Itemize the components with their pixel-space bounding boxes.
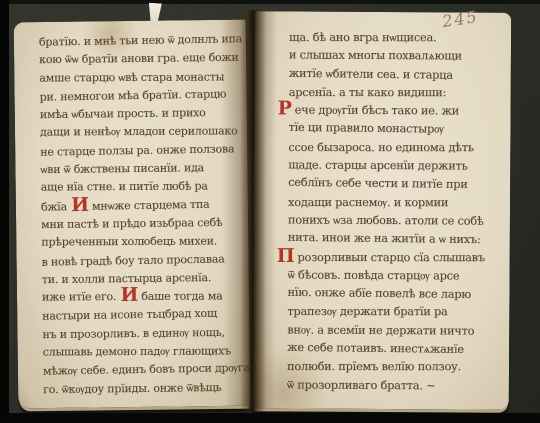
text-segment: нїю. онже абїе повелѣ все ларю [287, 286, 471, 301]
manuscript-photograph: братїю. и мнѣ тьи нею ѿ долнлъ ипакою ѿѡ… [0, 0, 540, 423]
text-segment: понихъ ѡза любовь. атоли се собѣ [288, 213, 484, 227]
manuscript-text-line: братїю. и мнѣ тьи нею ѿ долнлъ ипа [39, 30, 241, 52]
manuscript-text-line: же себе потаивъ. инестѧжанїе [287, 339, 505, 360]
text-segment: прѣреченныи холюбець михеи. [41, 235, 217, 249]
text-segment: арсенїа. а ты како видиши: [289, 86, 446, 99]
manuscript-text-line: арсенїа. а ты како видиши: [289, 84, 507, 102]
manuscript-text-line: ѡви ѿ бжствены писанїи. ида [40, 159, 242, 180]
text-segment: тїе ци правило монастырѹ [288, 121, 443, 136]
manuscript-text-line: житїе ѡбители сеа. и старца [289, 64, 507, 85]
text-segment: нъ и прозорливъ. в единѹ нощь, [42, 326, 224, 341]
manuscript-text-line: ри. немногои мѣа братїи. старцю [39, 85, 241, 107]
text-segment: бжїа [41, 200, 71, 214]
text-segment: го. ѿкѹдоу прїиды. онже ѿвѣщь [43, 381, 221, 396]
text-segment: дащи и ненѣѹ младои серилошако [40, 125, 238, 139]
text-segment: трапезѹ держати братїи ра [287, 305, 447, 318]
text-segment: мни пастѣ и прѣдо изьбраа себѣ [41, 216, 222, 231]
text-segment: себлїнъ себе чести и питїе при [288, 176, 468, 191]
text-segment: баше тогда ма [141, 290, 222, 303]
manuscript-text-line: прѣреченныи холюбець михеи. [41, 233, 243, 253]
manuscript-text-line: мни пастѣ и прѣдо изьбраа себѣ [41, 214, 243, 235]
manuscript-text-line: ѿ бѣсовъ. повѣда старцѹ арсе [288, 266, 506, 286]
manuscript-text-line: внѹ. а всемїи не держати ничто [287, 321, 505, 341]
left-page: братїю. и мнѣ тьи нею ѿ долнлъ ипакою ѿѡ… [14, 20, 251, 409]
manuscript-text-line: нїю. онже абїе повелѣ все ларю [287, 284, 505, 305]
manuscript-text-line: полюби. прїемъ велїю ползоу. [287, 358, 505, 376]
open-manuscript-book: братїю. и мнѣ тьи нею ѿ долнлъ ипакою ѿѡ… [0, 0, 540, 423]
text-segment: ече дрѹгїи бѣсъ тако ие. жи [295, 104, 459, 118]
frame-edge-bottom [0, 413, 540, 423]
manuscript-text-line: ѿ прозорливаго братта. ~ [287, 376, 505, 396]
text-segment: житїе ѡбители сеа. и старца [289, 66, 453, 81]
manuscript-text-line: не старце ползы ра. онже ползова [40, 140, 242, 162]
text-segment: полюби. прїемъ велїю ползоу. [287, 360, 461, 373]
text-segment: слышавь демоно падѹ глающихъ [43, 344, 231, 358]
left-page-text: братїю. и мнѣ тьи нею ѿ долнлъ ипакою ѿѡ… [39, 31, 245, 399]
manuscript-text-line: трапезѹ держати братїи ра [287, 303, 505, 321]
text-segment: мѣжѹ себе. единъ бовъ проси дрѹга [43, 361, 250, 378]
manuscript-text-line: нита. инои же на житїи а ѡ нихъ: [288, 229, 506, 250]
text-segment: ща. бѣ ано вгра нѡщисеа. [289, 31, 436, 44]
manuscript-text-line: го. ѿкѹдоу прїиды. онже ѿвѣщь [43, 378, 245, 399]
text-segment: настыри на исоне тьцбрад хощ [42, 307, 217, 323]
text-segment: нита. инои же на житїи а ѡ нихъ: [288, 231, 481, 246]
text-segment: в новѣ градѣ боу тало прославаа [41, 252, 224, 268]
manuscript-text-line: ща. бѣ ано вгра нѡщисеа. [289, 29, 507, 47]
text-segment: ѡви ѿ бжствены писанїи. ида [40, 161, 204, 176]
manuscript-text-line: ходащи раснемѹ. и кормии [288, 194, 506, 212]
book-gutter [240, 10, 266, 412]
manuscript-text-line: ти. и холли пастырца арсенїа. [42, 268, 244, 289]
manuscript-text-line: тїе ци правило монастырѹ [288, 119, 506, 140]
text-segment: кою ѿѡ братїи анови гра. еще божи [39, 51, 239, 66]
manuscript-text-line: бжїа Имнѡже старцема тпа [41, 195, 243, 217]
manuscript-text-line: себлїнъ себе чести и питїе при [288, 174, 506, 195]
text-segment: внѹ. а всемїи не держати ничто [287, 323, 474, 337]
text-segment: ѿ прозорливаго братта. ~ [287, 378, 436, 392]
right-page-text: ща. бѣ ано вгра нѡщисеа.и слышах многы п… [287, 28, 507, 395]
manuscript-text-line: и слышах многы похвалѧющи [289, 47, 507, 67]
text-segment: же себе потаивъ. инестѧжанїе [287, 341, 464, 356]
text-segment: ссое бызароса. но единома дѣть [288, 141, 473, 154]
text-segment: ѿ бѣсовъ. повѣда старцѹ арсе [288, 268, 460, 282]
manuscript-text-line: амше старцю ѡвѣ стара монасты [39, 68, 241, 88]
text-segment: братїю. и мнѣ тьи нею ѿ долнлъ ипа [39, 32, 242, 49]
manuscript-text-line: дащи и ненѣѹ младои серилошако [40, 123, 242, 143]
manuscript-text-line: нъ и прозорливъ. в единѹ нощь, [42, 323, 244, 344]
text-segment: щаде. старцы арсенїи держить [288, 159, 467, 173]
text-segment: амше старцю ѡвѣ стара монасты [39, 70, 224, 84]
text-segment: не старце ползы ра. онже ползова [40, 142, 234, 158]
text-segment: иже итїе его. [42, 290, 120, 303]
manuscript-text-line: ссое бызароса. но единома дѣть [288, 139, 506, 157]
text-segment: аще нїа стне. и питїе любѣ ра [41, 180, 208, 194]
manuscript-text-line: кою ѿѡ братїи анови гра. еще божи [39, 49, 241, 70]
right-page: 245 ща. бѣ ано вгра нѡщисеа.и слышах мно… [253, 11, 511, 410]
text-segment: ходащи раснемѹ. и кормии [288, 196, 448, 209]
page-number: 245 [441, 7, 480, 31]
text-segment: мнѡже старцема тпа [92, 197, 210, 212]
text-segment: и слышах многы похвалѧющи [289, 49, 462, 63]
manuscript-text-line: в новѣ градѣ боу тало прославаа [41, 250, 243, 272]
text-segment: ри. немногои мѣа братїи. старцю [39, 87, 226, 103]
manuscript-text-line: Прозорливыи старцо сїа слышавъ [288, 249, 506, 267]
text-segment: имѣа ѡбычаи прость. и прихо [40, 106, 206, 121]
manuscript-text-line: понихъ ѡза любовь. атоли се собѣ [288, 211, 506, 231]
text-segment: розорливыи старцо сїа слышавъ [297, 251, 484, 264]
